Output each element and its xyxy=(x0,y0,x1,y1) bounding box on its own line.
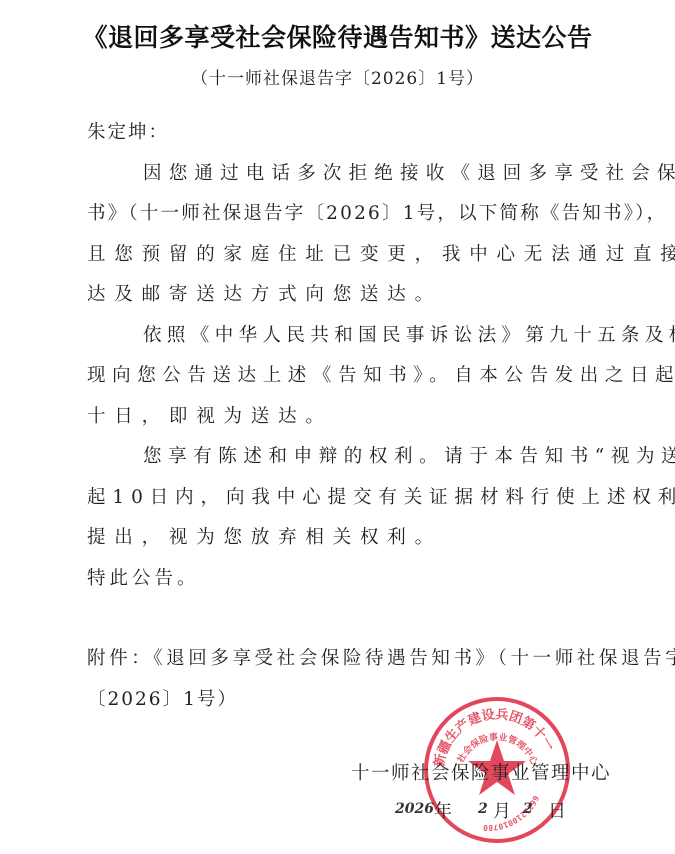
date-day: 2 xyxy=(523,797,533,818)
paragraph-3-line-1: 您享有陈述和申辩的权利。请于本告知书“视为送达”之日 xyxy=(143,442,675,468)
paragraph-3-line-3: 提出，视为您放弃相关权利。 xyxy=(87,523,442,549)
date-year-label: 年 xyxy=(434,797,452,823)
date-year: 2026 xyxy=(395,797,434,818)
document-number: （十一师社保退告字〔2026〕1号） xyxy=(0,64,675,89)
date-day-label: 日 xyxy=(548,797,566,823)
date-year-value: 2026 xyxy=(395,801,434,817)
paragraph-1-line-1: 因您通过电话多次拒绝接收《退回多享受社会保险待遇告知 xyxy=(143,159,675,185)
date-day-value: 2 xyxy=(523,801,533,817)
closing-text: 特此公告。 xyxy=(87,564,200,590)
attachment-line-2: 〔2026〕1号） xyxy=(87,685,238,711)
date-month-label: 月 xyxy=(493,797,511,823)
paragraph-2-line-2: 现向您公告送达上述《告知书》。自本公告发出之日起，经过六 xyxy=(87,361,675,387)
paragraph-2-line-3: 十日，即视为送达。 xyxy=(87,402,333,428)
paragraph-1-line-3: 且您预留的家庭住址已变更，我中心无法通过直接送达、留置送 xyxy=(87,240,675,266)
paragraph-2-line-1: 依照《中华人民共和国民事诉讼法》第九十五条及相关规定， xyxy=(143,321,675,347)
issuing-organization: 十一师社会保险事业管理中心 xyxy=(351,759,611,785)
date-month-value: 2 xyxy=(478,801,488,817)
paragraph-1-line-4: 达及邮寄送达方式向您送达。 xyxy=(87,280,442,306)
paragraph-1-line-2: 书》（十一师社保退告字〔2026〕1号，以下简称《告知书》）， xyxy=(87,199,667,225)
paragraph-3-line-2: 起10日内，向我中心提交有关证据材料行使上述权利；逾期未 xyxy=(87,483,675,509)
attachment-line-1: 附件：《退回多享受社会保险待遇告知书》（十一师社保退告字 xyxy=(87,644,675,670)
addressee: 朱定坤： xyxy=(87,118,169,144)
date-month: 2 xyxy=(478,797,488,818)
notice-title: 《退回多享受社会保险待遇告知书》送达公告 xyxy=(0,18,675,54)
